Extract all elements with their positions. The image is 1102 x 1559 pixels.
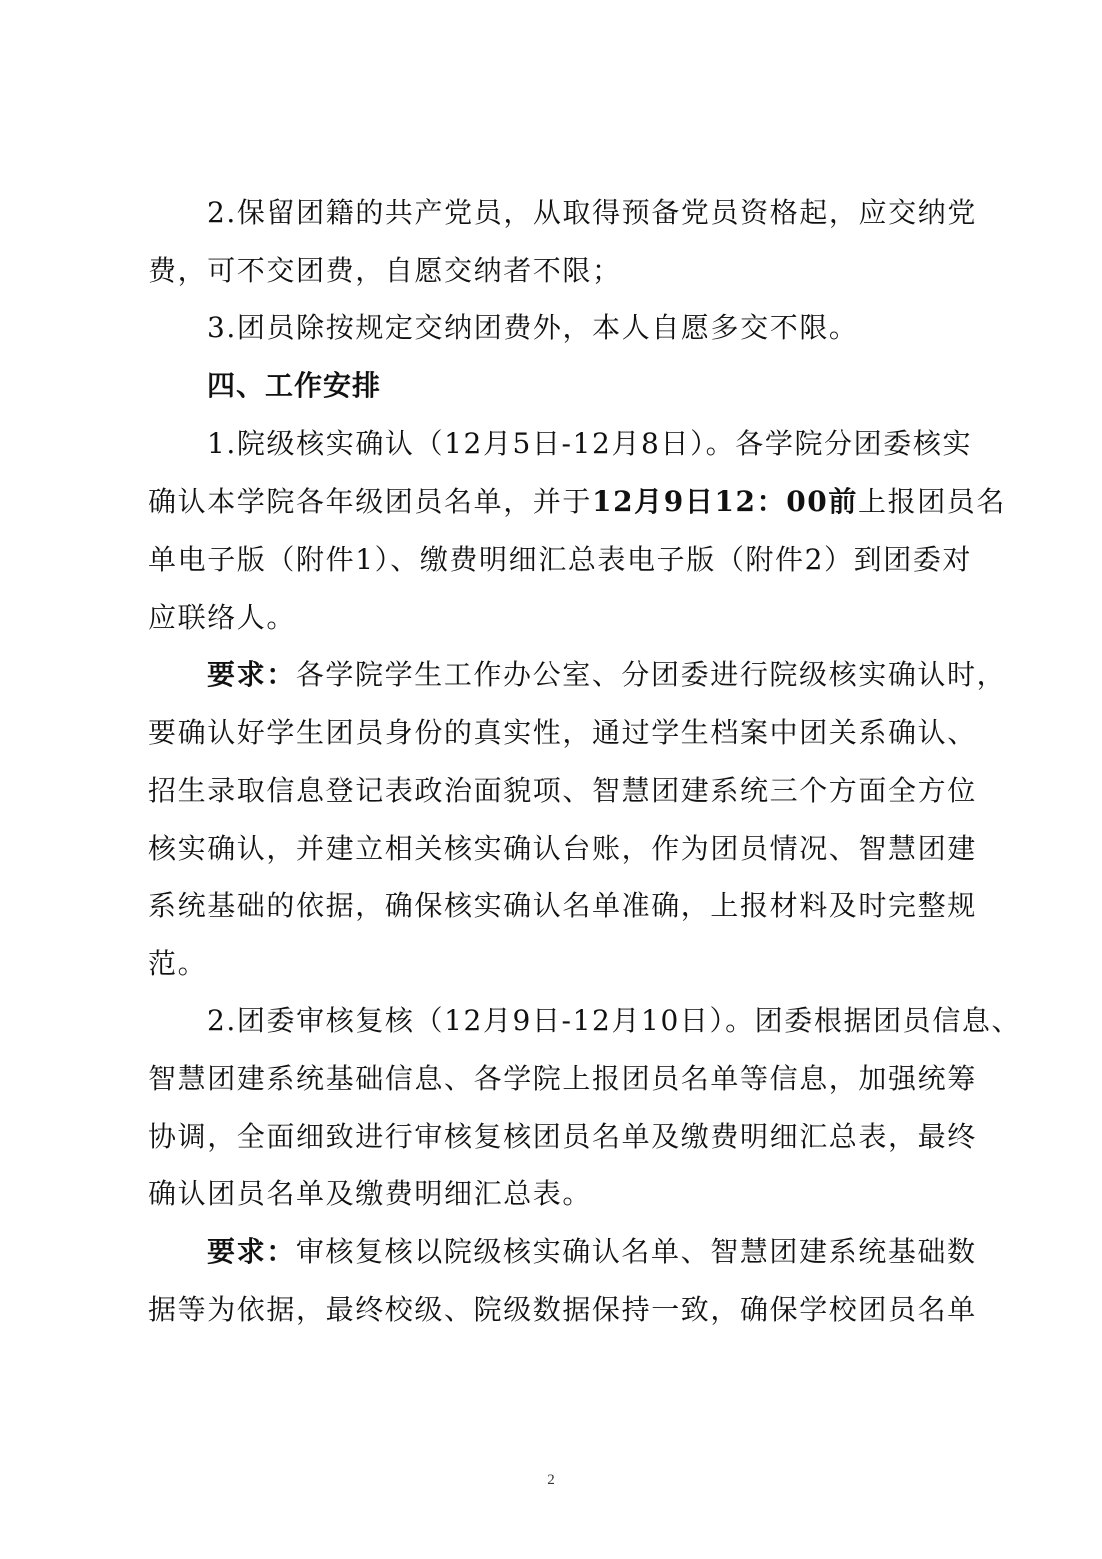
paragraph-line: 据等为依据，最终校级、院级数据保持一致，确保学校团员名单 <box>148 1290 964 1330</box>
paragraph-line: 协调，全面细致进行审核复核团员名单及缴费明细汇总表，最终 <box>148 1117 964 1157</box>
document-page: 2.保留团籍的共产党员，从取得预备党员资格起，应交纳党 费，可不交团费，自愿交纳… <box>0 0 1102 1559</box>
paragraph-line: 2.保留团籍的共产党员，从取得预备党员资格起，应交纳党 <box>207 193 964 233</box>
paragraph-line: 1.院级核实确认（12月5日-12月8日）。各学院分团委核实 <box>207 424 964 464</box>
paragraph-line: 要求：各学院学生工作办公室、分团委进行院级核实确认时， <box>207 655 964 695</box>
paragraph-line: 应联络人。 <box>148 598 964 638</box>
text-segment: 各学院学生工作办公室、分团委进行院级核实确认时， <box>296 658 1006 691</box>
text-segment: 审核复核以院级核实确认名单、智慧团建系统基础数 <box>296 1235 977 1268</box>
paragraph-line: 智慧团建系统基础信息、各学院上报团员名单等信息，加强统筹 <box>148 1059 964 1099</box>
paragraph-line: 3.团员除按规定交纳团费外，本人自愿多交不限。 <box>207 308 964 348</box>
paragraph-line: 费，可不交团费，自愿交纳者不限； <box>148 251 964 291</box>
paragraph-line: 2.团委审核复核（12月9日-12月10日）。团委根据团员信息、 <box>207 1001 964 1041</box>
paragraph-line: 单电子版（附件1）、缴费明细汇总表电子版（附件2）到团委对 <box>148 540 964 580</box>
page-number: 2 <box>0 1472 1102 1489</box>
paragraph-line: 范。 <box>148 944 964 984</box>
paragraph-line: 要求：审核复核以院级核实确认名单、智慧团建系统基础数 <box>207 1232 964 1272</box>
section-heading: 四、工作安排 <box>207 366 964 406</box>
paragraph-line: 招生录取信息登记表政治面貌项、智慧团建系统三个方面全方位 <box>148 771 964 811</box>
paragraph-line: 系统基础的依据，确保核实确认名单准确，上报材料及时完整规 <box>148 886 964 926</box>
paragraph-line: 核实确认，并建立相关核实确认台账，作为团员情况、智慧团建 <box>148 829 964 869</box>
paragraph-line: 确认团员名单及缴费明细汇总表。 <box>148 1174 964 1214</box>
text-segment: 确认本学院各年级团员名单，并于 <box>148 485 592 518</box>
paragraph-line: 确认本学院各年级团员名单，并于12月9日12：00前上报团员名 <box>148 482 964 522</box>
requirement-label: 要求： <box>207 1235 296 1268</box>
deadline-text: 12月9日12：00前 <box>592 485 858 518</box>
text-segment: 上报团员名 <box>858 485 1006 518</box>
paragraph-line: 要确认好学生团员身份的真实性，通过学生档案中团关系确认、 <box>148 713 964 753</box>
requirement-label: 要求： <box>207 658 296 691</box>
